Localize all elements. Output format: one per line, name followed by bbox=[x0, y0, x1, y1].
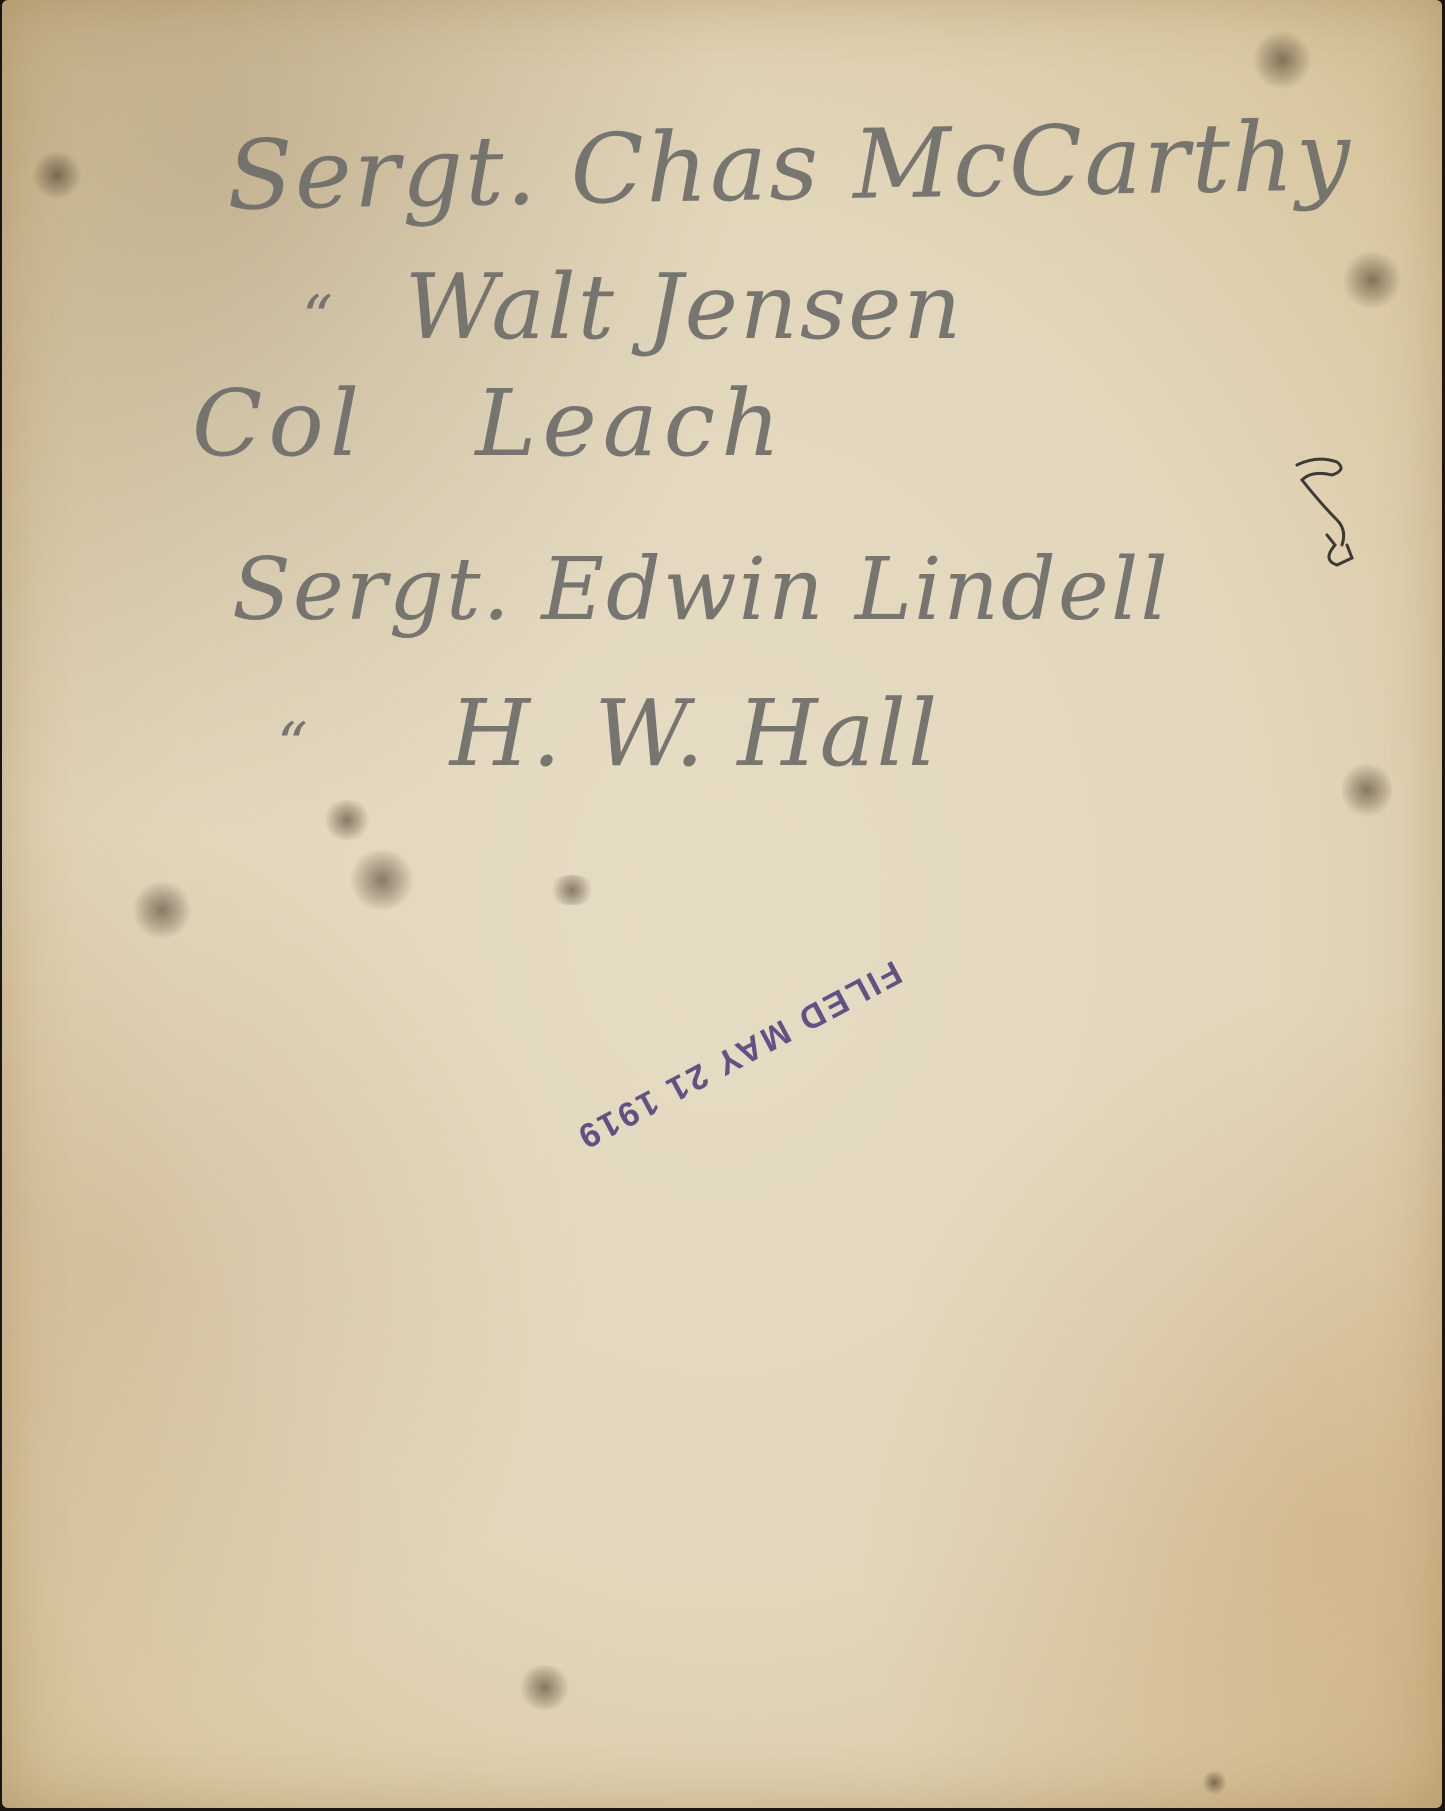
handwritten-line-3: ColLeach bbox=[192, 370, 786, 477]
smudge bbox=[32, 150, 82, 200]
rank-text: Col bbox=[192, 370, 365, 477]
filed-date-stamp: FILED MAY 21 1919 bbox=[569, 952, 908, 1157]
handwritten-line-4: Sergt. Edwin Lindell bbox=[232, 540, 1170, 640]
name-text: Walt Jensen bbox=[405, 255, 964, 360]
smudge bbox=[347, 850, 417, 910]
handwritten-line-5: “H. W. Hall bbox=[277, 680, 939, 787]
smudge bbox=[1202, 1770, 1227, 1795]
smudge bbox=[517, 1665, 572, 1710]
smudge bbox=[1342, 250, 1402, 310]
handwritten-line-2: “Walt Jensen bbox=[302, 255, 963, 360]
handwritten-line-1: Sergt. Chas McCarthy bbox=[226, 100, 1353, 232]
smudge bbox=[1252, 30, 1312, 90]
smudge bbox=[1342, 760, 1392, 820]
smudge bbox=[547, 875, 597, 905]
smudge bbox=[132, 880, 192, 940]
name-text: Leach bbox=[475, 370, 786, 477]
smudge bbox=[322, 800, 372, 840]
ditto-mark: “ bbox=[277, 710, 310, 780]
photo-card-back: Sergt. Chas McCarthy “Walt Jensen ColLea… bbox=[2, 0, 1442, 1808]
name-text: H. W. Hall bbox=[450, 680, 940, 787]
pencil-scribble-icon bbox=[1287, 450, 1367, 570]
ditto-mark: “ bbox=[302, 283, 335, 353]
